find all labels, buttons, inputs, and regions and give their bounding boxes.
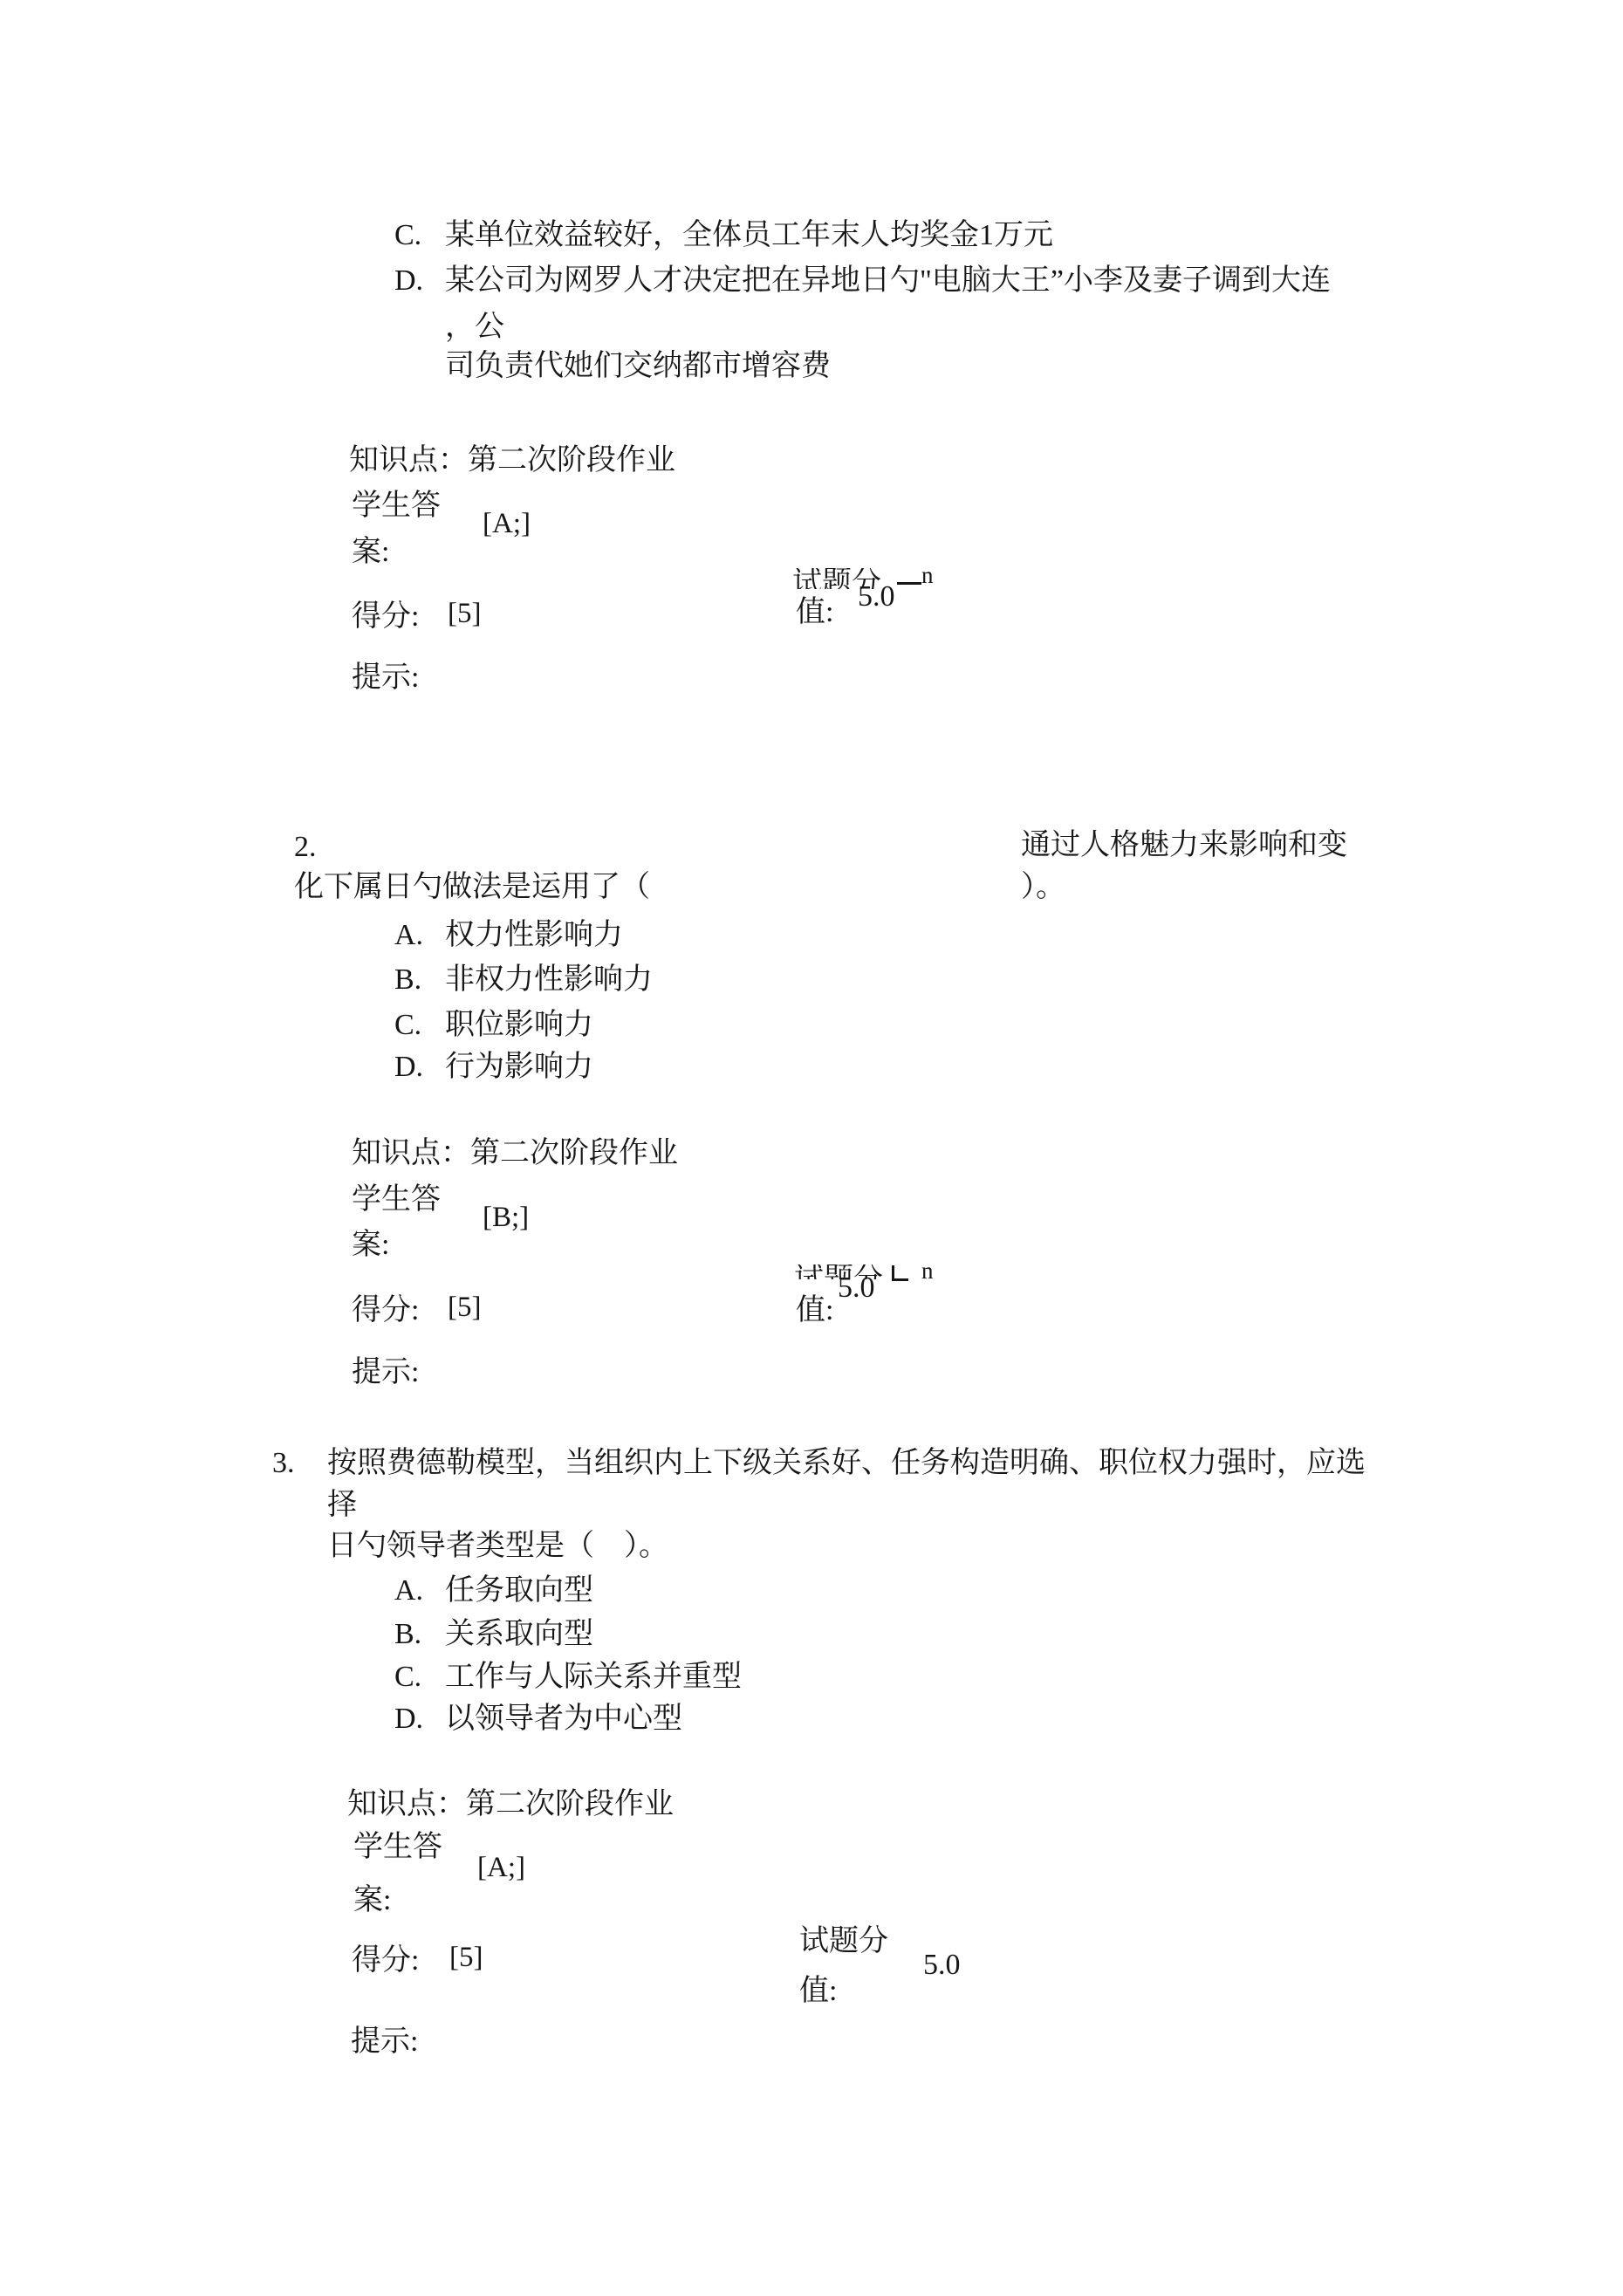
q2-stem-right-fragment: 通过人格魅力来影响和变 [1021, 828, 1347, 862]
q3-option-letter: D. [394, 1702, 423, 1736]
q2-option-letter: C. [394, 1008, 421, 1042]
q3-number: 3. [272, 1446, 295, 1480]
q1-option-c-letter: C. [394, 218, 421, 252]
question-points-value: 5.0 [858, 579, 895, 613]
q2-option-letter: D. [394, 1050, 423, 1084]
student-answer-label-bottom: 案: [352, 535, 389, 569]
q2-option-text: 行为影响力 [445, 1050, 593, 1084]
q2-option-text: 权力性影响力 [445, 918, 623, 952]
student-answer-value: [B;] [483, 1202, 529, 1235]
render-artifact-mark: n [921, 564, 934, 587]
render-artifact-mark: n [921, 1259, 934, 1283]
q2-number: 2. [294, 830, 317, 864]
question-points-label-top: 试题分 [799, 1924, 888, 1958]
student-answer-label-top: 学生答 [353, 1830, 442, 1864]
quiz-document-page: C. 某单位效益较好，全体员工年末人均奖金1万元 D. 某公司为网罗人才决定把在… [0, 0, 1623, 2296]
student-answer-label-bottom: 案: [352, 1228, 389, 1262]
score-label: 得分: [352, 600, 419, 634]
q2-option-text: 非权力性影响力 [445, 963, 653, 997]
student-answer-label-bottom: 案: [353, 1883, 391, 1917]
q3-option-text: 关系取向型 [445, 1617, 593, 1651]
question-points-label-bottom: 值: [796, 1293, 833, 1327]
q1-option-d-continuation-2: 司负责代她们交纳都市增容费 [445, 349, 831, 383]
knowledge-point-line: 知识点：第二次阶段作业 [352, 1136, 678, 1170]
q2-option-letter: B. [394, 963, 421, 997]
hint-label: 提示: [352, 661, 419, 695]
hint-label: 提示: [351, 2025, 418, 2059]
student-answer-label-top: 学生答 [352, 1182, 441, 1217]
question-points-value: 5.0 [923, 1948, 961, 1982]
q3-stem-line3: 日勺领导者类型是（ ）。 [327, 1529, 668, 1563]
q2-option-text: 职位影响力 [445, 1008, 593, 1042]
knowledge-point-line: 知识点：第二次阶段作业 [347, 1787, 674, 1821]
q3-option-text: 工作与人际关系并重型 [445, 1660, 742, 1694]
q3-option-text: 以领导者为中心型 [445, 1702, 682, 1736]
score-value: [5] [449, 1942, 483, 1975]
q1-option-c-text: 某单位效益较好，全体员工年末人均奖金1万元 [445, 218, 1053, 252]
q3-option-letter: C. [394, 1660, 421, 1694]
score-label: 得分: [352, 1293, 419, 1327]
question-points-label-bottom: 值: [799, 1974, 837, 2008]
q3-stem-line1: 按照费德勒模型，当组织内上下级关系好、任务构造明确、职位权力强时，应选 [327, 1446, 1366, 1480]
student-answer-value: [A;] [483, 508, 531, 541]
render-artifact-corner [892, 1265, 908, 1281]
render-artifact-dash [897, 582, 921, 585]
q3-option-text: 任务取向型 [445, 1573, 593, 1607]
question-points-label-bottom: 值: [796, 595, 833, 629]
hint-label: 提示: [352, 1355, 419, 1389]
q3-stem-line2: 择 [327, 1488, 357, 1522]
q2-stem-right-close: ）。 [1021, 870, 1065, 904]
q3-option-letter: B. [394, 1617, 421, 1651]
q2-stem-left-fragment: 化下属日勺做法是运用了（ [294, 870, 650, 904]
q1-option-d-letter: D. [394, 264, 423, 298]
score-value: [5] [448, 1292, 481, 1325]
student-answer-value: [A;] [477, 1852, 525, 1885]
question-points-value: 5.0 [838, 1271, 875, 1305]
q1-option-d-text: 某公司为网罗人才决定把在异地日勺"电脑大王”小李及妻子调到大连 [445, 264, 1331, 298]
student-answer-label-top: 学生答 [352, 489, 441, 523]
score-label: 得分: [352, 1943, 419, 1977]
q1-option-d-continuation-1: ，公 [445, 310, 504, 344]
knowledge-point-line: 知识点：第二次阶段作业 [349, 443, 675, 477]
q3-option-letter: A. [394, 1573, 423, 1607]
q2-option-letter: A. [394, 918, 423, 952]
score-value: [5] [448, 598, 481, 631]
